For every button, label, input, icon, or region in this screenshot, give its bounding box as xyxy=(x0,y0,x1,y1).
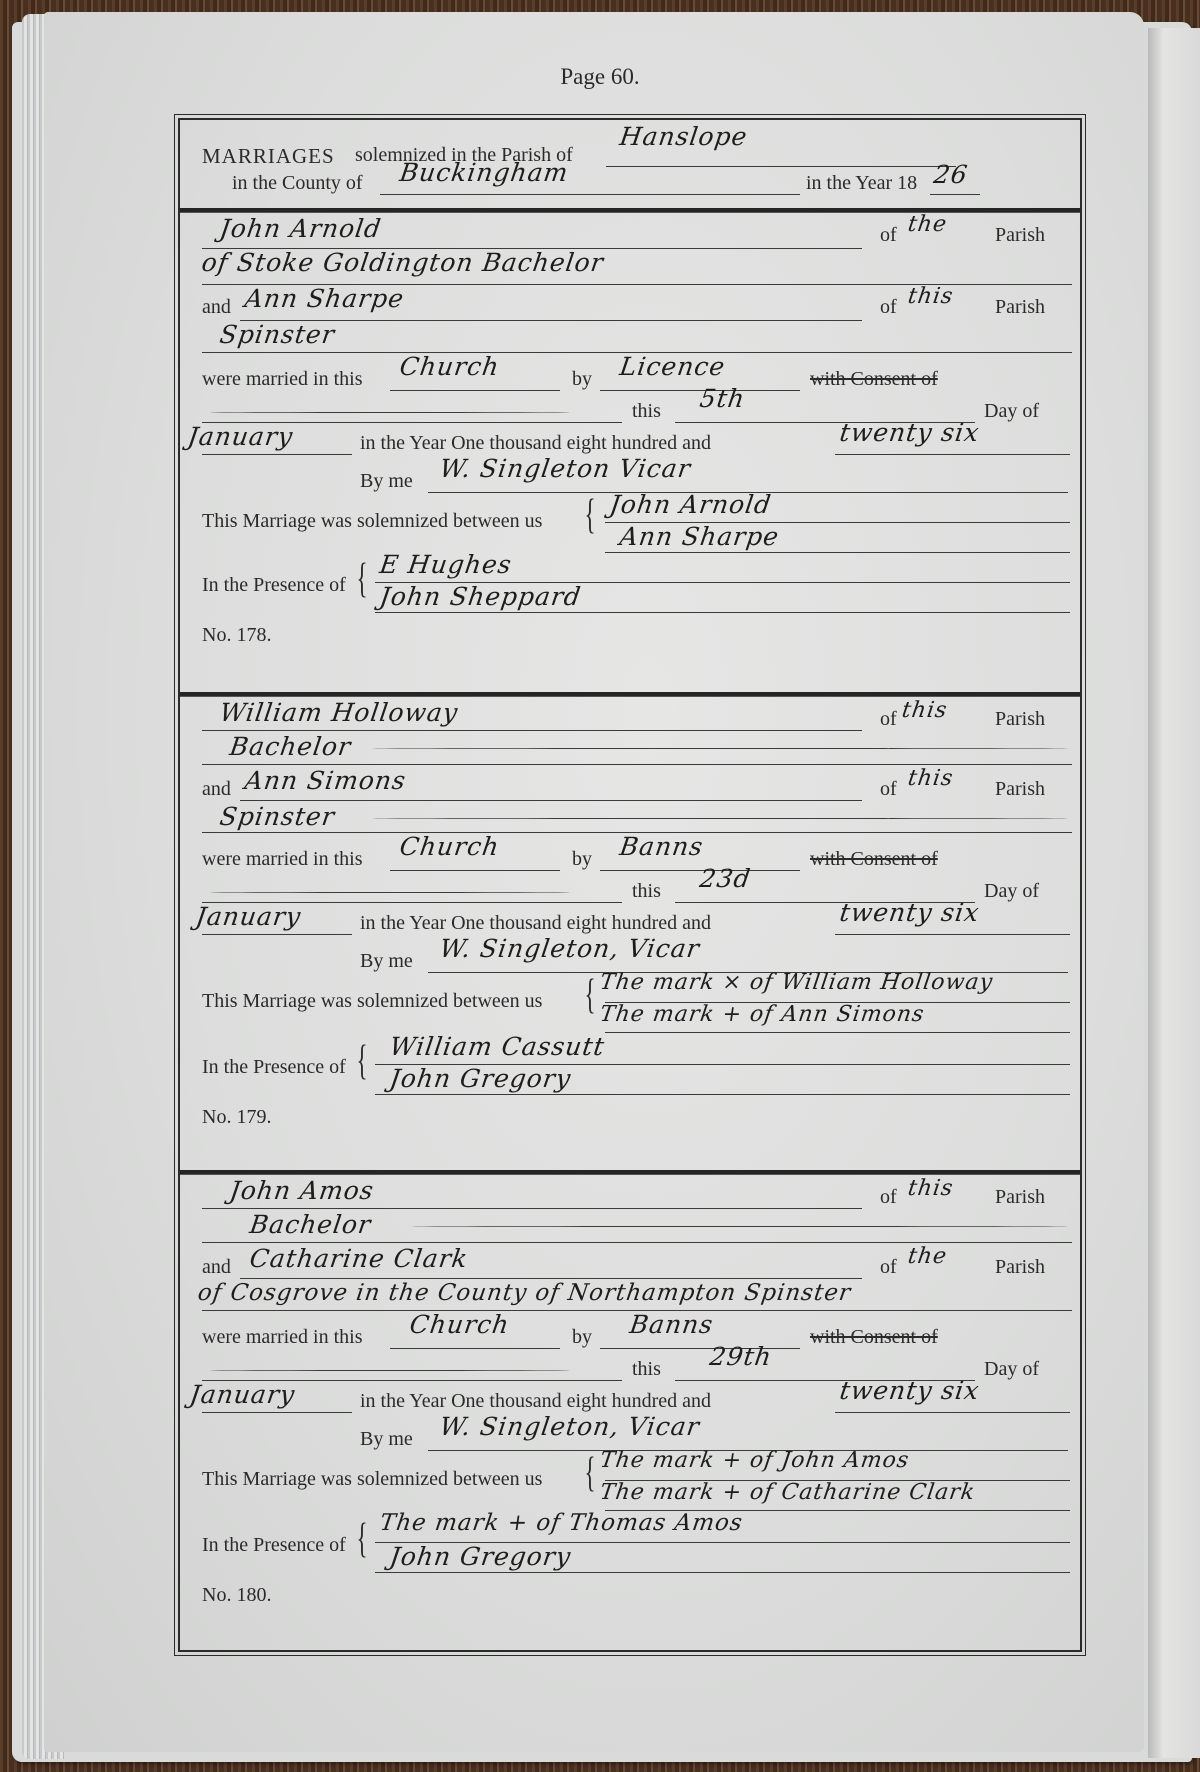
label-by: by xyxy=(572,848,592,871)
header-parish-name: Hanslope xyxy=(618,122,750,151)
brace-icon: { xyxy=(357,558,368,600)
label-parish: Parish xyxy=(995,708,1045,731)
label-and: and xyxy=(202,296,231,319)
groom-of-parish: this xyxy=(900,698,949,723)
entry-divider xyxy=(180,692,1080,697)
label-of: of xyxy=(880,296,897,319)
witness-line-2 xyxy=(375,612,1070,613)
consent-dash xyxy=(210,412,570,413)
marriage-by: Banns xyxy=(618,832,705,861)
label-of: of xyxy=(880,708,897,731)
witness-2: John Gregory xyxy=(388,1542,573,1571)
month-line xyxy=(202,934,352,935)
label-and: and xyxy=(202,778,231,801)
marriage-year-words: twenty six xyxy=(838,418,981,447)
groom-line-2 xyxy=(202,1242,1072,1243)
label-were-married: were married in this xyxy=(202,1326,363,1349)
entry-number: No. 179. xyxy=(202,1106,271,1129)
page-number: Page 60. xyxy=(0,64,1200,90)
bride-line xyxy=(240,1278,862,1279)
brace-icon: { xyxy=(357,1518,368,1560)
label-parish: Parish xyxy=(995,1186,1045,1209)
marriage-day: 23d xyxy=(698,864,753,893)
witness-2: John Gregory xyxy=(388,1064,573,1093)
groom-residence-condition: of Stoke Goldington Bachelor xyxy=(200,248,606,277)
marriage-month: January xyxy=(194,902,303,931)
place-line xyxy=(390,390,560,391)
label-solemnized-between: This Marriage was solemnized between us xyxy=(202,1468,542,1491)
label-with-consent: with Consent of xyxy=(810,1326,938,1349)
bride-name: Ann Sharpe xyxy=(243,284,406,313)
groom-condition: Bachelor xyxy=(228,732,353,761)
header-marriages: MARRIAGES xyxy=(202,144,335,169)
groom-signature: John Arnold xyxy=(608,490,773,519)
entry-number: No. 178. xyxy=(202,624,271,647)
groom-of-parish: the xyxy=(906,212,949,237)
bride-name: Ann Simons xyxy=(243,766,408,795)
year-line xyxy=(930,194,980,195)
year-words-line xyxy=(835,1412,1070,1413)
label-with-consent: with Consent of xyxy=(810,848,938,871)
groom-line xyxy=(202,1208,862,1209)
year-words-line xyxy=(835,454,1070,455)
label-this: this xyxy=(632,880,661,903)
label-parish: Parish xyxy=(995,1256,1045,1279)
marriage-year-words: twenty six xyxy=(838,898,981,927)
brace-icon: { xyxy=(585,974,596,1016)
signature-line-2 xyxy=(605,552,1070,553)
label-with-consent: with Consent of xyxy=(810,368,938,391)
groom-condition: Bachelor xyxy=(248,1210,373,1239)
groom-line-2 xyxy=(202,764,1072,765)
marriage-day: 5th xyxy=(698,384,747,413)
officiant-signature: W. Singleton, Vicar xyxy=(438,934,702,963)
bride-line xyxy=(240,800,862,801)
label-by: by xyxy=(572,368,592,391)
consent-dash xyxy=(210,892,570,893)
marriage-register-form: MARRIAGES solemnized in the Parish of Ha… xyxy=(178,118,1082,1652)
bride-condition: Spinster xyxy=(218,320,337,349)
county-line xyxy=(380,194,800,195)
marriage-day: 29th xyxy=(708,1342,774,1371)
groom-signature: The mark × of William Holloway xyxy=(598,970,994,995)
bride-dash xyxy=(370,818,1070,819)
header-text-year: in the Year 18 xyxy=(806,172,917,195)
witness-line-2 xyxy=(375,1572,1070,1573)
label-day-of: Day of xyxy=(984,1358,1039,1381)
groom-name: John Arnold xyxy=(218,214,383,243)
facing-page-edge xyxy=(1148,28,1200,1758)
label-by: by xyxy=(572,1326,592,1349)
bride-name: Catharine Clark xyxy=(248,1244,470,1273)
label-this: this xyxy=(632,1358,661,1381)
marriage-place: Church xyxy=(398,352,501,381)
bride-residence-condition: of Cosgrove in the County of Northampton… xyxy=(196,1280,853,1306)
parish-line xyxy=(606,166,956,167)
label-solemnized-between: This Marriage was solemnized between us xyxy=(202,990,542,1013)
header-year-suffix: 26 xyxy=(932,160,970,189)
groom-name: William Holloway xyxy=(218,698,460,727)
label-parish: Parish xyxy=(995,778,1045,801)
marriage-month: January xyxy=(188,1380,297,1409)
label-of: of xyxy=(880,1256,897,1279)
bride-signature: The mark + of Catharine Clark xyxy=(598,1480,977,1505)
label-of: of xyxy=(880,778,897,801)
label-this: this xyxy=(632,400,661,423)
header-text-county: in the County of xyxy=(232,172,363,195)
brace-icon: { xyxy=(357,1040,368,1082)
bride-of-parish: this xyxy=(906,284,955,309)
marriage-by: Banns xyxy=(628,1310,715,1339)
label-and: and xyxy=(202,1256,231,1279)
month-line xyxy=(202,454,352,455)
signature-line-2 xyxy=(605,1032,1070,1033)
marriage-place: Church xyxy=(408,1310,511,1339)
groom-dash xyxy=(370,748,1070,749)
witness-1: E Hughes xyxy=(378,550,514,579)
label-by-me: By me xyxy=(360,1428,413,1451)
year-words-line xyxy=(835,934,1070,935)
marriage-month: January xyxy=(186,422,295,451)
label-in-the-year: in the Year One thousand eight hundred a… xyxy=(360,912,711,935)
label-day-of: Day of xyxy=(984,400,1039,423)
bride-signature: Ann Sharpe xyxy=(618,522,781,551)
entry-number: No. 180. xyxy=(202,1584,271,1607)
label-parish: Parish xyxy=(995,224,1045,247)
brace-icon: { xyxy=(585,1452,596,1494)
month-line xyxy=(202,1412,352,1413)
witness-1: The mark + of Thomas Amos xyxy=(378,1510,744,1536)
header-county-name: Buckingham xyxy=(398,158,571,187)
groom-line xyxy=(202,730,862,731)
label-presence: In the Presence of xyxy=(202,1056,346,1079)
label-were-married: were married in this xyxy=(202,368,363,391)
label-in-the-year: in the Year One thousand eight hundred a… xyxy=(360,1390,711,1413)
groom-of-parish: this xyxy=(906,1176,955,1201)
label-solemnized-between: This Marriage was solemnized between us xyxy=(202,510,542,533)
groom-dash xyxy=(410,1226,1070,1227)
label-of: of xyxy=(880,1186,897,1209)
consent-dash xyxy=(210,1370,570,1371)
label-day-of: Day of xyxy=(984,880,1039,903)
label-were-married: were married in this xyxy=(202,848,363,871)
marriage-place: Church xyxy=(398,832,501,861)
label-of: of xyxy=(880,224,897,247)
label-presence: In the Presence of xyxy=(202,574,346,597)
entry-divider xyxy=(180,1170,1080,1175)
witness-1: William Cassutt xyxy=(388,1032,607,1061)
label-by-me: By me xyxy=(360,470,413,493)
label-in-the-year: in the Year One thousand eight hundred a… xyxy=(360,432,711,455)
groom-name: John Amos xyxy=(228,1176,376,1205)
groom-signature: The mark + of John Amos xyxy=(598,1448,911,1473)
brace-icon: { xyxy=(585,494,596,536)
marriage-year-words: twenty six xyxy=(838,1376,981,1405)
witness-line-2 xyxy=(375,1094,1070,1095)
officiant-signature: W. Singleton, Vicar xyxy=(438,1412,702,1441)
marriage-by: Licence xyxy=(618,352,727,381)
place-line xyxy=(390,870,560,871)
label-parish: Parish xyxy=(995,296,1045,319)
label-by-me: By me xyxy=(360,950,413,973)
bride-of-parish: the xyxy=(906,1244,949,1269)
place-line xyxy=(390,1348,560,1349)
bride-condition: Spinster xyxy=(218,802,337,831)
witness-2: John Sheppard xyxy=(378,582,583,611)
officiant-signature: W. Singleton Vicar xyxy=(438,454,693,483)
label-presence: In the Presence of xyxy=(202,1534,346,1557)
bride-signature: The mark + of Ann Simons xyxy=(598,1002,926,1027)
bride-of-parish: this xyxy=(906,766,955,791)
